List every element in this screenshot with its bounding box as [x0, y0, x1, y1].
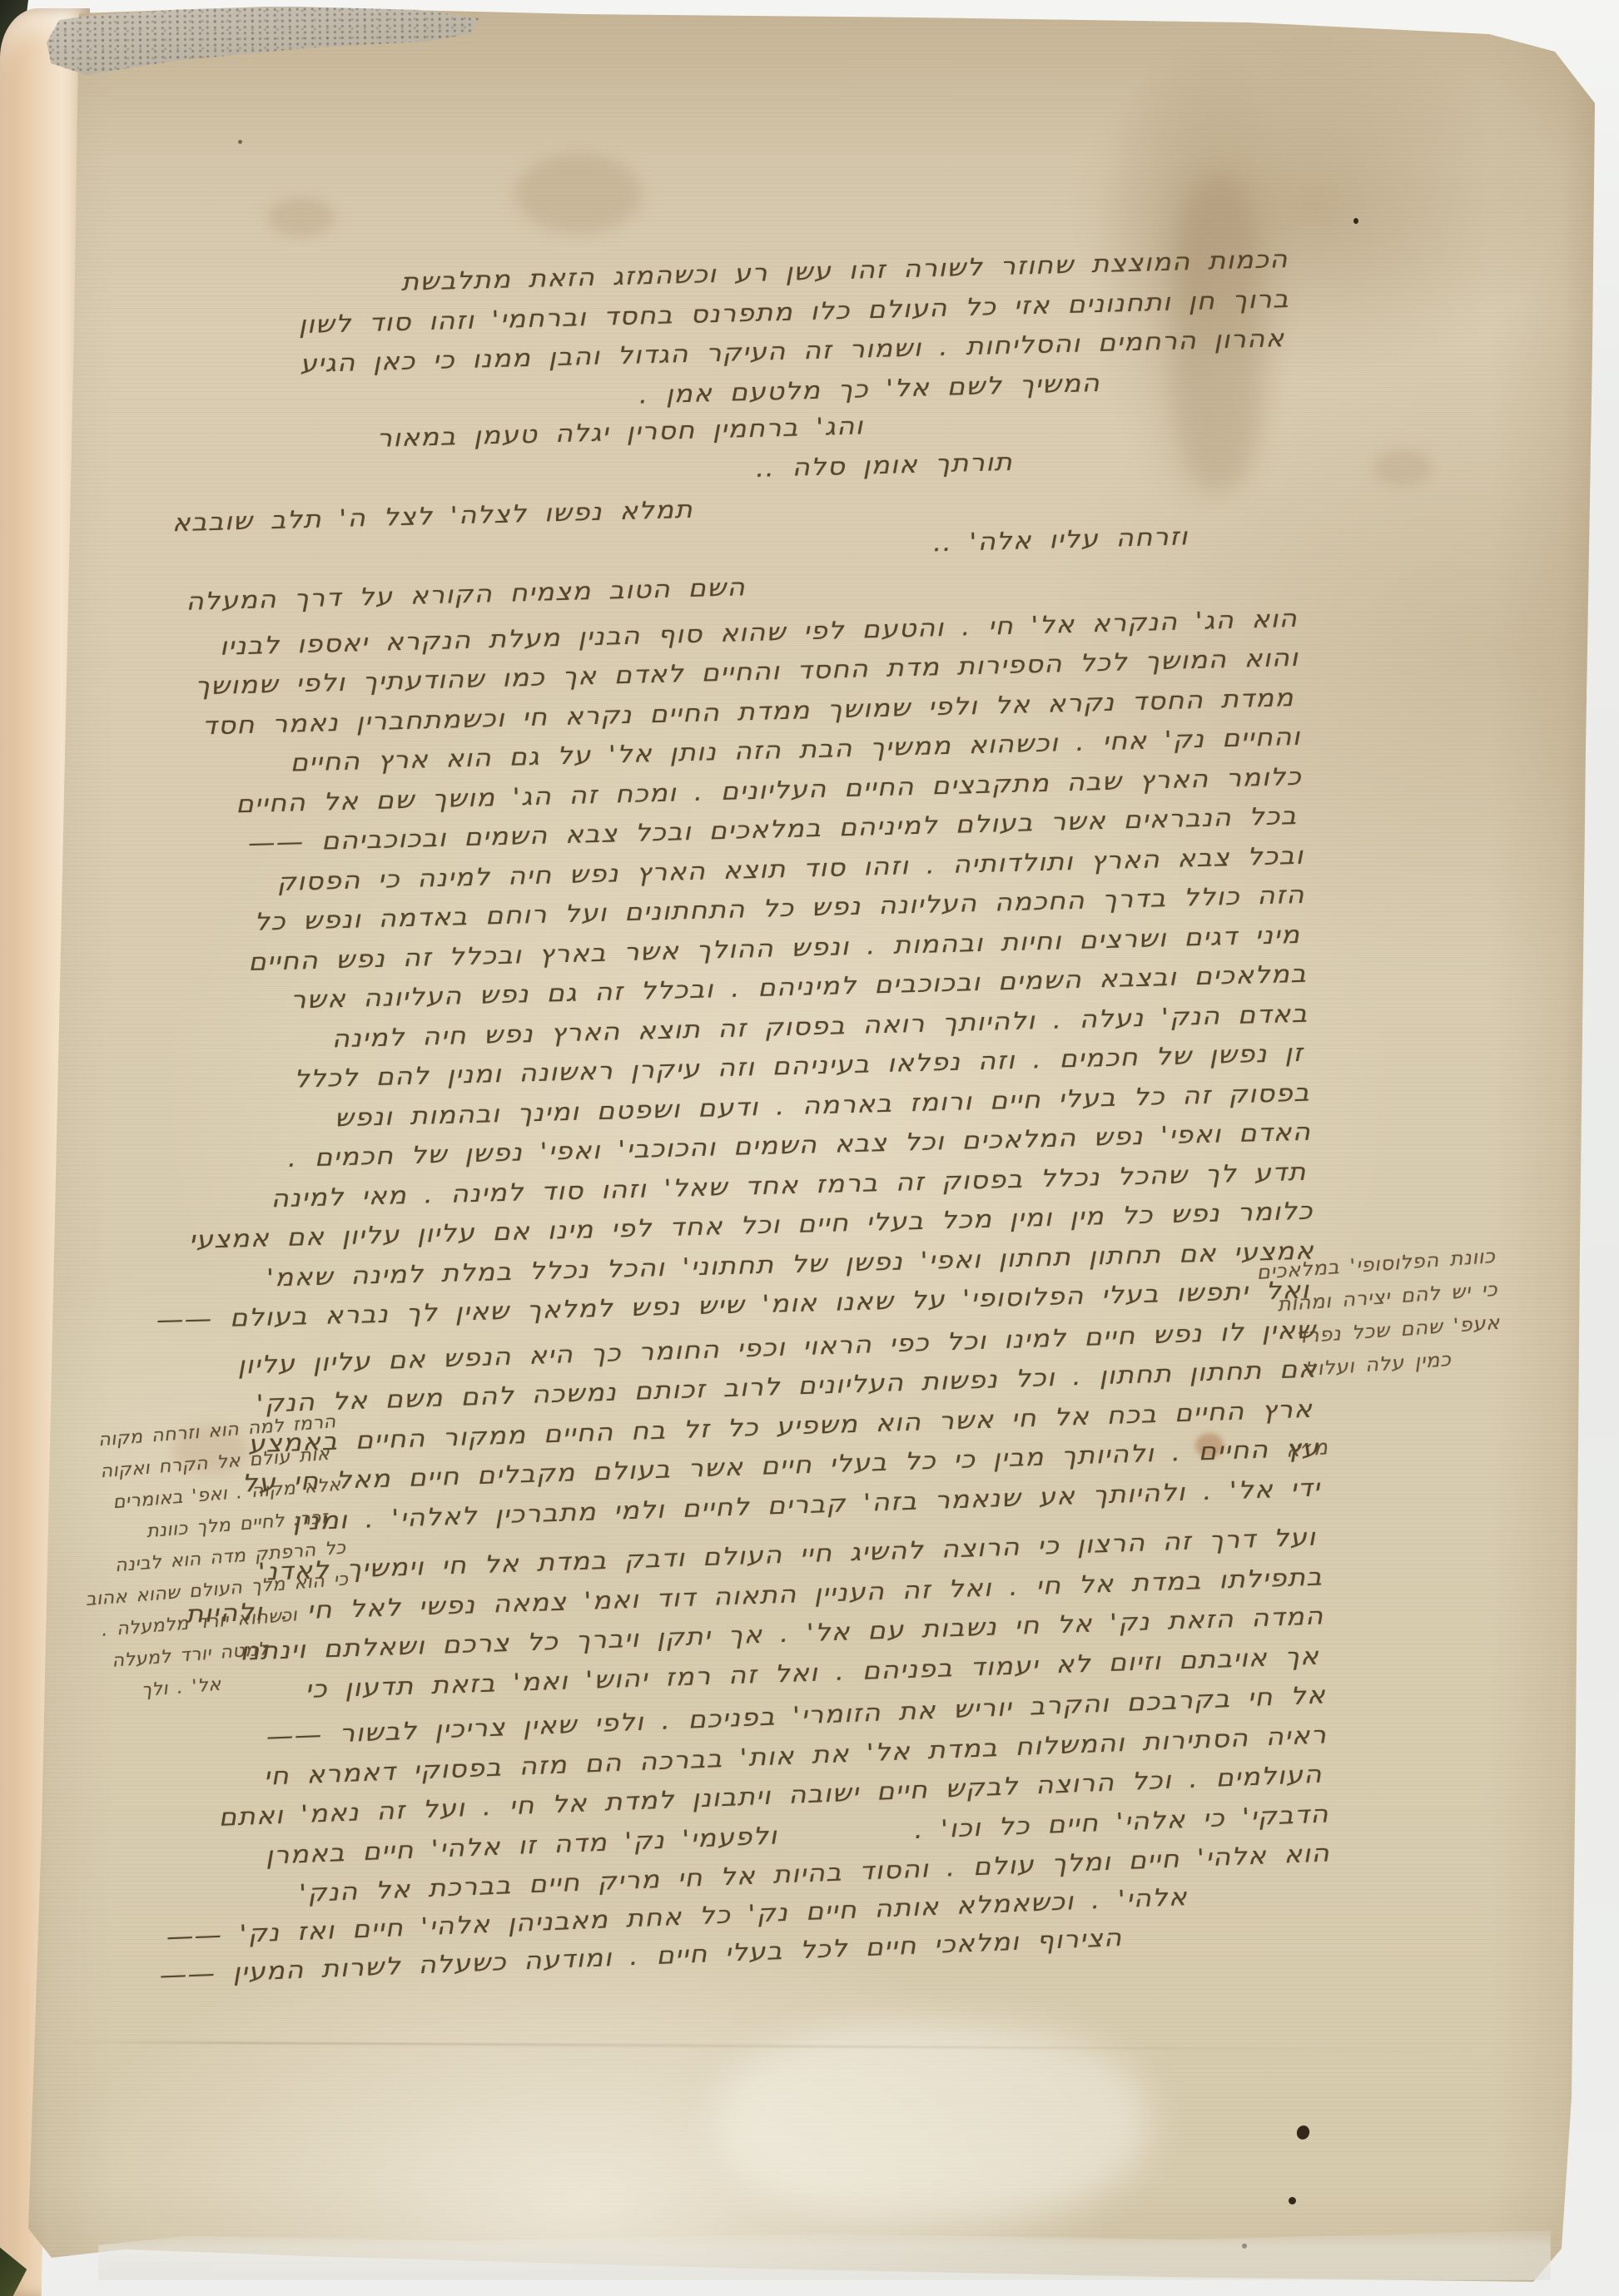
ink-blot [1289, 2197, 1296, 2204]
ink-blot [1295, 2124, 1312, 2141]
ink-blot [238, 140, 242, 144]
paper-crease [58, 2041, 1557, 2052]
margin-note-left: הרמז למה הוא וזרחה מקוה אות עולם אל הקרח… [58, 1406, 357, 1712]
margin-note-right: כוונת הפלוסופי' במלאכים כי יש להם יצירה … [1230, 1240, 1503, 1391]
margin-abbreviation-mark: מ״א [1285, 1435, 1328, 1461]
main-text-block: הכמות המוצצת שחוזר לשורה זהו עשן רע וכשה… [211, 240, 1333, 1980]
light-patch [716, 2022, 1149, 2222]
stain [268, 198, 335, 236]
ink-blot [1353, 218, 1358, 224]
photo-background: הכמות המוצצת שחוזר לשורה זהו עשן רע וכשה… [0, 0, 1619, 2296]
stain [1373, 449, 1432, 486]
stain [516, 154, 641, 233]
